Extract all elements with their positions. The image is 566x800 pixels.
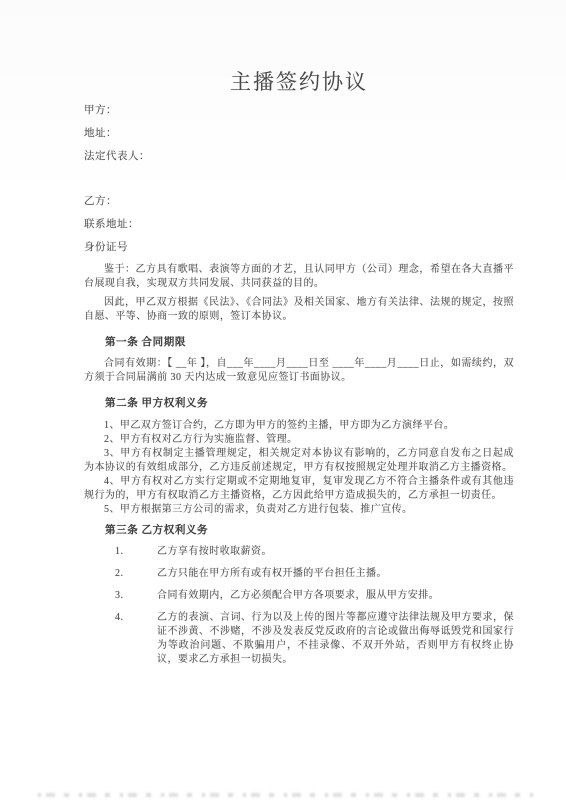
list-item-text: 乙方享有按时收取薪资。 [157, 545, 514, 559]
list-item-number: 3. [115, 589, 157, 603]
party-b-section: 乙方： 联系地址： 身份证号 [84, 190, 514, 259]
list-item-number: 2. [115, 567, 157, 581]
preamble-therefore: 因此，甲乙双方根据《民法》、《合同法》及相关国家、地方有关法律、法规的规定，按照… [84, 296, 514, 324]
article-3-item-4: 4. 乙方的表演、言词、行为以及上传的图片等都应遵守法律法规及甲方要求，保证不涉… [84, 611, 514, 667]
list-item-text: 乙方的表演、言词、行为以及上传的图片等都应遵守法律法规及甲方要求，保证不涉黄、不… [157, 611, 514, 667]
article-2-item-2: 2、甲方有权对乙方行为实施监督、管理。 [84, 433, 514, 447]
article-2-item-3: 3、甲方有权制定主播管理规定，相关规定对本协议有影响的，乙方同意自发布之日起成为… [84, 447, 514, 475]
article-1-heading: 第一条 合同期限 [84, 335, 514, 350]
article-3-item-2: 2. 乙方只能在甲方所有或有权开播的平台担任主播。 [84, 567, 514, 581]
article-3-item-3: 3. 合同有效期内，乙方必须配合甲方各项要求，服从甲方安排。 [84, 589, 514, 603]
document-content: 主播签约协议 甲方： 地址： 法定代表人： 乙方： 联系地址： 身份证号 鉴于：… [84, 0, 514, 675]
list-item-number: 1. [115, 545, 157, 559]
party-a-legal-rep-label: 法定代表人： [84, 145, 514, 168]
list-item-text: 合同有效期内，乙方必须配合甲方各项要求，服从甲方安排。 [157, 589, 514, 603]
article-2-items: 1、甲乙双方签订合约，乙方即为甲方的签约主播，甲方即为乙方演绎平台。 2、甲方有… [84, 419, 514, 517]
party-a-section: 甲方： 地址： 法定代表人： [84, 99, 514, 168]
article-3-heading: 第三条 乙方权利义务 [84, 523, 514, 538]
next-page-edge [38, 793, 538, 797]
party-a-name-label: 甲方： [84, 99, 514, 122]
article-2-item-5: 5、甲方根据第三方公司的需求，负责对乙方进行包装、推广宣传。 [84, 503, 514, 517]
article-1-term: 合同有效期：【 __年 】，自___年____月____日至 ____年____… [84, 357, 514, 385]
article-2-item-1: 1、甲乙双方签订合约，乙方即为甲方的签约主播，甲方即为乙方演绎平台。 [84, 419, 514, 433]
party-b-name-label: 乙方： [84, 190, 514, 213]
article-2-item-4: 4、甲方有权对乙方实行定期或不定期地复审，复审发现乙方不符合主播条件或有其他违规… [84, 475, 514, 503]
document-title: 主播签约协议 [84, 70, 514, 95]
list-item-text: 乙方只能在甲方所有或有权开播的平台担任主播。 [157, 567, 514, 581]
party-b-id-label: 身份证号 [84, 236, 514, 259]
preamble-whereas: 鉴于：乙方具有歌唱、表演等方面的才艺，且认同甲方（公司）理念，希望在各大直播平台… [84, 263, 514, 291]
article-3-item-1: 1. 乙方享有按时收取薪资。 [84, 545, 514, 559]
article-2-heading: 第二条 甲方权利义务 [84, 396, 514, 411]
party-b-address-label: 联系地址： [84, 213, 514, 236]
party-a-address-label: 地址： [84, 122, 514, 145]
list-item-number: 4. [115, 611, 157, 667]
document-page: 主播签约协议 甲方： 地址： 法定代表人： 乙方： 联系地址： 身份证号 鉴于：… [0, 0, 566, 800]
article-3-items: 1. 乙方享有按时收取薪资。 2. 乙方只能在甲方所有或有权开播的平台担任主播。… [84, 545, 514, 667]
